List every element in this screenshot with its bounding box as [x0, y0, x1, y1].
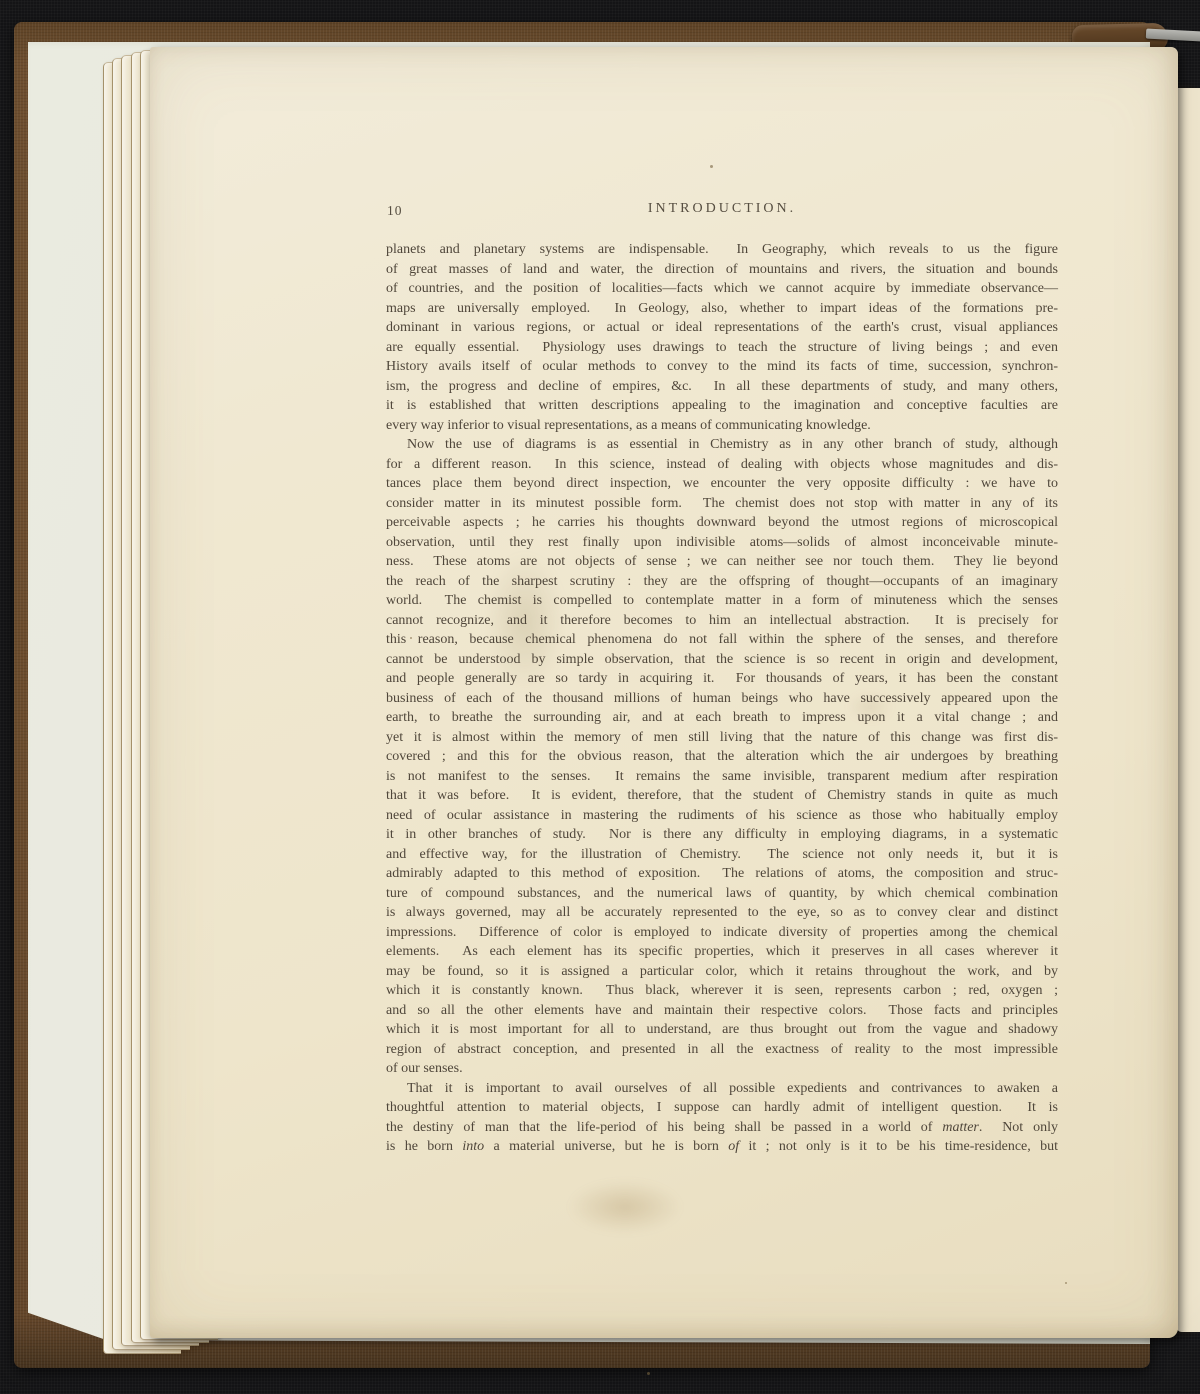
text-line: planets and planetary systems are indisp… — [386, 240, 1058, 260]
text-line: which it is most important for all to un… — [386, 1020, 1058, 1040]
text-line: every way inferior to visual representat… — [386, 416, 1058, 436]
page-speck — [647, 1372, 650, 1375]
next-page-edge — [1176, 88, 1200, 1332]
book-page: 10 INTRODUCTION. planets and planetary s… — [150, 47, 1178, 1338]
text-line: elements. As each element has its specif… — [386, 942, 1058, 962]
text-line: and effective way, for the illustration … — [386, 845, 1058, 865]
text-line: which it is constantly known. Thus black… — [386, 981, 1058, 1001]
text-line: consider matter in its minutest possible… — [386, 494, 1058, 514]
text-line: world. The chemist is compelled to conte… — [386, 591, 1058, 611]
text-line: yet it is almost within the memory of me… — [386, 728, 1058, 748]
page-stain — [550, 1172, 700, 1242]
text-line: dominant in various regions, or actual o… — [386, 318, 1058, 338]
text-line: History avails itself of ocular methods … — [386, 357, 1058, 377]
text-line: Now the use of diagrams is as essential … — [386, 435, 1058, 455]
text-line: may be found, so it is assigned a partic… — [386, 962, 1058, 982]
text-line: of countries, and the position of locali… — [386, 279, 1058, 299]
text-line: of our senses. — [386, 1059, 1058, 1079]
text-line: business of each of the thousand million… — [386, 689, 1058, 709]
text-line: earth, to breathe the surrounding air, a… — [386, 708, 1058, 728]
text-line: is not manifest to the senses. It remain… — [386, 767, 1058, 787]
page-body-text: planets and planetary systems are indisp… — [386, 240, 1058, 1157]
text-line: perceivable aspects ; he carries his tho… — [386, 513, 1058, 533]
text-line: ture of compound substances, and the num… — [386, 884, 1058, 904]
text-line: is he born into a material universe, but… — [386, 1137, 1058, 1157]
text-line: That it is important to avail ourselves … — [386, 1079, 1058, 1099]
text-line: of great masses of land and water, the d… — [386, 260, 1058, 280]
text-line: ness. These atoms are not objects of sen… — [386, 552, 1058, 572]
page-speck — [1065, 1282, 1067, 1284]
text-line: thoughtful attention to material objects… — [386, 1098, 1058, 1118]
text-line: are equally essential. Physiology uses d… — [386, 338, 1058, 358]
text-line: the reach of the sharpest scrutiny : the… — [386, 572, 1058, 592]
text-line: observation, until they rest finally upo… — [386, 533, 1058, 553]
text-line: region of abstract conception, and prese… — [386, 1040, 1058, 1060]
text-line: is always governed, may all be accuratel… — [386, 903, 1058, 923]
text-line: it in other branches of study. Nor is th… — [386, 825, 1058, 845]
text-line: admirably adapted to this method of expo… — [386, 864, 1058, 884]
running-head: INTRODUCTION. — [386, 201, 1058, 217]
text-line: that it was before. It is evident, there… — [386, 786, 1058, 806]
photo-background: 10 INTRODUCTION. planets and planetary s… — [0, 0, 1200, 1394]
text-area: 10 INTRODUCTION. planets and planetary s… — [386, 201, 1058, 1157]
text-line: it is established that written descripti… — [386, 396, 1058, 416]
text-line: cannot be understood by simple observati… — [386, 650, 1058, 670]
text-line: tances place them beyond direct inspecti… — [386, 474, 1058, 494]
text-line: and so all the other elements have and m… — [386, 1001, 1058, 1021]
page-speck — [710, 165, 713, 168]
page-header: 10 INTRODUCTION. — [386, 201, 1058, 219]
text-line: covered ; and this for the obvious reaso… — [386, 747, 1058, 767]
text-line: the destiny of man that the life-period … — [386, 1118, 1058, 1138]
text-line: impressions. Difference of color is empl… — [386, 923, 1058, 943]
text-line: need of ocular assistance in mastering t… — [386, 806, 1058, 826]
text-line: and people generally are so tardy in acq… — [386, 669, 1058, 689]
text-line: for a different reason. In this science,… — [386, 455, 1058, 475]
text-line: this reason, because chemical phenomena … — [386, 630, 1058, 650]
text-line: maps are universally employed. In Geolog… — [386, 299, 1058, 319]
page-number: 10 — [387, 203, 403, 219]
text-line: cannot recognize, and it therefore becom… — [386, 611, 1058, 631]
text-line: ism, the progress and decline of empires… — [386, 377, 1058, 397]
